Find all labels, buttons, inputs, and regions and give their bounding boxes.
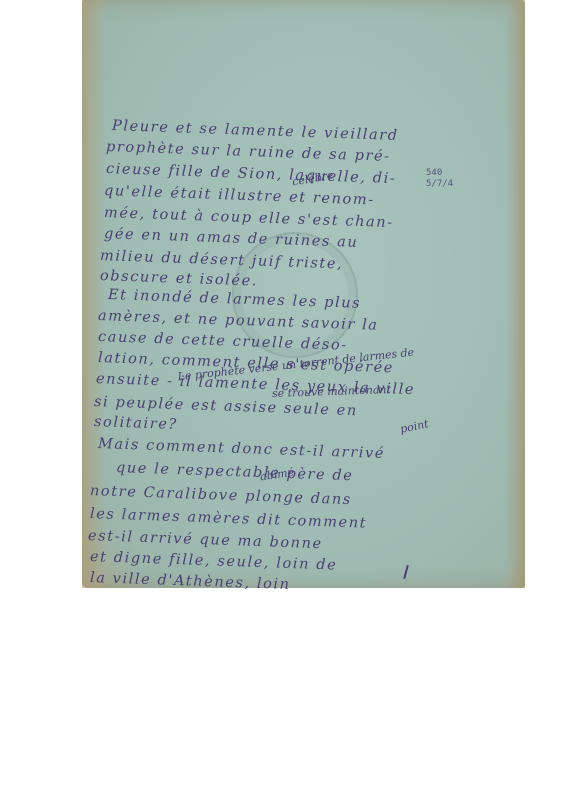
text-line: prophète sur la ruine de sa pré- <box>106 139 391 165</box>
text-line: les larmes amères dit comment <box>90 506 368 532</box>
text-line: obscure et isolée. <box>100 268 259 290</box>
text-line: cieuse fille de Sion, laquelle, di- <box>106 161 397 187</box>
text-line: est-il arrivé que ma bonne <box>88 528 323 552</box>
text-line: Mais comment donc est-il arrivé <box>98 436 386 462</box>
text-line: notre Caralibove plonge dans <box>90 483 352 508</box>
text-line: que le respectable père de <box>116 460 354 484</box>
manuscript-page: Pleure et se lamente le vieillard prophè… <box>82 0 525 588</box>
margin-note-ref: 5/7/4 <box>426 179 453 190</box>
text-line: solitaire? <box>94 414 178 433</box>
text-line: la ville d'Athènes, loin <box>90 570 291 593</box>
text-line: gée en un amas de ruines au <box>104 226 359 251</box>
insertion-text: point <box>399 417 430 436</box>
insertion-text: se trouve maintenant <box>272 383 391 400</box>
text-line: et digne fille, seule, loin de <box>90 549 338 574</box>
margin-note-number: 540 <box>426 168 453 179</box>
margin-note: 540 5/7/4 <box>426 168 453 190</box>
ink-mark <box>403 565 409 579</box>
text-line: qu'elle était illustre et renom- <box>104 183 375 208</box>
